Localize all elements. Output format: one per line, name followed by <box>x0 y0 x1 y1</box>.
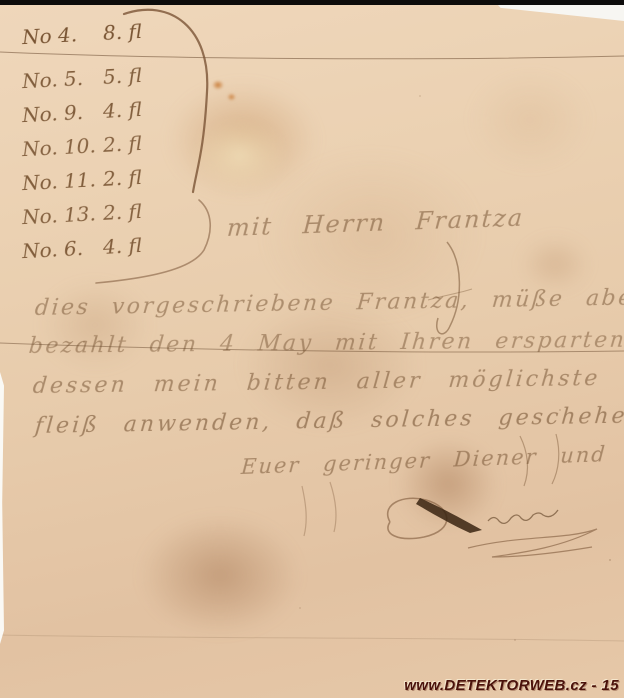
letter-body-line: fleiß anwenden, daß solches geschehe <box>34 404 624 439</box>
letter-body-line: dessen mein bitten aller möglichste <box>32 366 602 399</box>
ledger-amount: 8. fl <box>102 19 142 45</box>
fold-line <box>0 52 624 59</box>
paper-corner-gap <box>498 5 624 21</box>
signature-underline <box>468 529 597 557</box>
ledger-row: No. 5. 5. fl <box>21 63 142 93</box>
ledger-no: No. 11. <box>21 167 103 195</box>
ledger-amount: 2. fl <box>102 131 142 157</box>
stain <box>470 70 590 170</box>
ledger-no: No. 13. <box>21 201 103 229</box>
letter-body-line: bezahlt den 4 May mit Ihren ersparten <box>28 328 624 359</box>
ledger-row: No 4. 8. fl <box>21 19 142 49</box>
ledger-amount: 4. fl <box>102 97 142 123</box>
ledger-amount: 2. fl <box>102 165 142 191</box>
ledger-amount: 2. fl <box>102 199 142 225</box>
letter-body-line: dies vorgeschriebene Frantza, müße aber <box>34 285 624 321</box>
watermark: www.DETEKTORWEB.cz - 15 <box>404 677 619 694</box>
ledger-no: No 4. <box>21 21 103 49</box>
fold-line <box>0 635 624 641</box>
ink-flourish <box>330 482 336 532</box>
letter-salutation: mit Herrn Frantza <box>226 204 525 242</box>
ledger-no: No. 6. <box>21 235 103 263</box>
stain <box>140 515 300 635</box>
ink-flourish <box>302 486 306 536</box>
letter-scan: No 4. 8. fl No. 5. 5. fl No. 9. 4. fl No… <box>0 0 624 698</box>
scan-edge-top <box>0 0 624 5</box>
ledger-row: No. 11. 2. fl <box>21 165 142 195</box>
ledger-no: No. 9. <box>21 99 103 127</box>
stain <box>520 236 590 292</box>
stain <box>227 93 236 101</box>
stain <box>212 80 224 90</box>
ledger-row: No. 10. 2. fl <box>21 131 142 161</box>
ledger-row: No. 9. 4. fl <box>21 97 142 127</box>
ledger-no: No. 10. <box>21 133 103 161</box>
paper-edge-gap <box>0 372 4 644</box>
ledger-row: No. 6. 4. fl <box>21 233 142 263</box>
ledger-row: No. 13. 2. fl <box>21 199 142 229</box>
letter-valediction: Euer geringer Diener und <box>240 442 607 479</box>
ledger-amount: 5. fl <box>102 63 142 89</box>
ledger-amount: 4. fl <box>102 233 142 259</box>
stain <box>192 118 287 193</box>
signature-loop <box>388 498 447 538</box>
stain <box>168 82 318 197</box>
signature-letters <box>488 510 558 523</box>
ledger-no: No. 5. <box>21 65 103 93</box>
signature-stroke <box>416 498 482 533</box>
